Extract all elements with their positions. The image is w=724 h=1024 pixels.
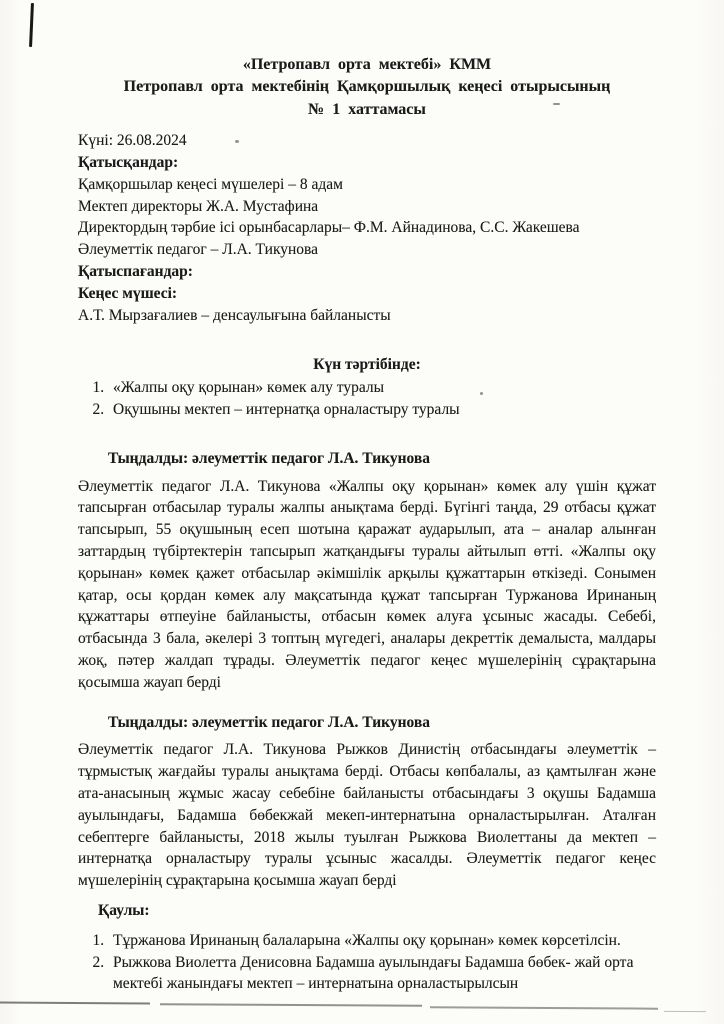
hearing-heading-2: Тыңдалды: әлеуметтік педагог Л.А. Тикуно… xyxy=(78,712,656,734)
document-title-line-1: «Петропавл орта мектебі» КММ xyxy=(78,54,656,76)
agenda-heading: Күн тәртібінде: xyxy=(78,354,656,376)
document-title: «Петропавл орта мектебі» КММ Петропавл о… xyxy=(78,54,656,121)
attended-heading: Қатысқандар: xyxy=(78,152,656,174)
scanned-document-page: «Петропавл орта мектебі» КММ Петропавл о… xyxy=(0,0,724,1024)
resolution-item-text: Рыжкова Виолетта Денисовна Бадамша ауылы… xyxy=(113,954,633,993)
fold-line-artifact xyxy=(0,1002,150,1005)
participant-line: Директордың тәрбие ісі орынбасарлары– Ф.… xyxy=(78,217,656,239)
resolution-item: Рыжкова Виолетта Денисовна Бадамша ауылы… xyxy=(108,952,656,996)
document-content: «Петропавл орта мектебі» КММ Петропавл о… xyxy=(78,54,656,995)
meta-block: Күні: 26.08.2024 Қатысқандар: Қамқоршыла… xyxy=(78,130,656,326)
council-member-heading: Кеңес мүшесі: xyxy=(78,283,656,305)
date-line: Күні: 26.08.2024 xyxy=(78,130,656,152)
resolution-heading: Қаулы: xyxy=(78,900,656,922)
absent-heading: Қатыспағандар: xyxy=(78,261,656,283)
agenda-item: Оқушыны мектеп – интернатқа орналастыру … xyxy=(108,399,656,421)
fold-line-artifact xyxy=(664,1011,706,1013)
agenda-item-text: «Жалпы оқу қорынан» көмек алу туралы xyxy=(113,379,384,396)
fold-line-artifact xyxy=(430,1006,658,1009)
resolution-item: Тұржанова Иринаның балаларына «Жалпы оқу… xyxy=(108,930,656,952)
resolution-item-text: Тұржанова Иринаның балаларына «Жалпы оқу… xyxy=(113,932,621,949)
hearing-heading-1: Тыңдалды: әлеуметтік педагог Л.А. Тикуно… xyxy=(78,448,656,470)
absent-reason-line: А.Т. Мырзағалиев – денсаулығына байланыс… xyxy=(78,305,656,327)
document-title-line-2: Петропавл орта мектебінің Қамқоршылық ке… xyxy=(78,76,656,98)
participant-line: Әлеуметтік педагог – Л.А. Тикунова xyxy=(78,239,656,261)
resolution-list: Тұржанова Иринаның балаларына «Жалпы оқу… xyxy=(78,930,656,995)
agenda-item-text: Оқушыны мектеп – интернатқа орналастыру … xyxy=(113,401,460,418)
agenda-list: «Жалпы оқу қорынан» көмек алу туралы Оқу… xyxy=(78,377,656,421)
document-title-line-3: № 1 хаттамасы xyxy=(78,99,656,121)
agenda-item: «Жалпы оқу қорынан» көмек алу туралы xyxy=(108,377,656,399)
hearing-body-1: Әлеуметтік педагог Л.А. Тикунова «Жалпы … xyxy=(78,476,656,694)
participant-line: Қамқоршылар кеңесі мүшелері – 8 адам xyxy=(78,174,656,196)
pen-mark-artifact xyxy=(29,3,33,47)
fold-line-artifact xyxy=(160,1003,422,1006)
hearing-body-2: Әлеуметтік педагог Л.А. Тикунова Рыжков … xyxy=(78,739,656,892)
participant-line: Мектеп директоры Ж.А. Мустафина xyxy=(78,196,656,218)
